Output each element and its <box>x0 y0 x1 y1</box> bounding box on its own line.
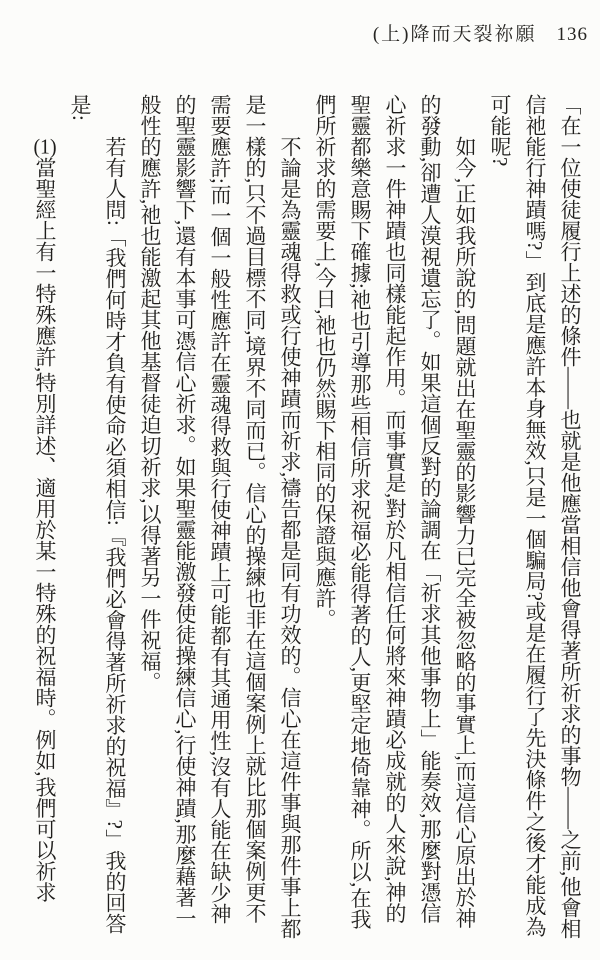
paragraph-3: 不論是為靈魂得救或行使神蹟而祈求,禱告都是同有功效的。信心在這件事與那件事上都是… <box>132 94 307 940</box>
paragraph-2: 如今,正如我所說的,問題就出在聖靈的影響力已完全被忽略的事實上,而這信心原出於神… <box>307 94 482 940</box>
running-head-title: (上)降而天裂祢願 <box>373 24 537 45</box>
paragraph-question: 若有人問:「我們何時才負有使命必須相信:『我們必會得著所祈求的祝福』?」我的回答… <box>62 94 132 940</box>
list-item-marker: (1) <box>33 136 57 157</box>
running-head: (上)降而天裂祢願136 <box>373 19 588 46</box>
paragraph-quote: 「在一位使徒履行上述的條件——也就是他應當相信他會得著所祈求的事物——之前,他會… <box>482 94 587 940</box>
book-page: (上)降而天裂祢願136 「在一位使徒履行上述的條件——也就是他應當相信他會得著… <box>0 0 600 960</box>
page-number: 136 <box>557 24 589 45</box>
list-item-text: 當聖經上有一特殊應許,特別詳述、適用於某一特殊的祝福時。例如,我們可以祈求 <box>33 157 57 903</box>
paragraph-list-item-1: (1)當聖經上有一特殊應許,特別詳述、適用於某一特殊的祝福時。例如,我們可以祈求 <box>27 94 62 940</box>
body-text: 「在一位使徒履行上述的條件——也就是他應當相信他會得著所祈求的事物——之前,他會… <box>25 94 587 940</box>
